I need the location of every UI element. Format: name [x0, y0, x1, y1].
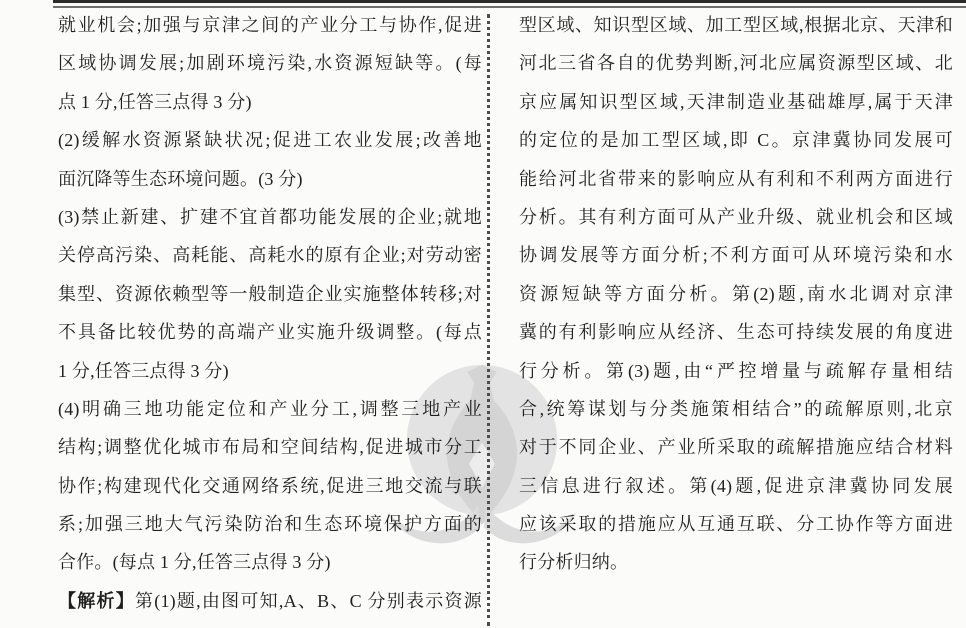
text-line: 系;加强三地大气污染防治和生态环境保护方面的 [58, 505, 482, 543]
text-line: 型区域、知识型区域、加工型区域,根据北京、天津和 [519, 6, 953, 44]
text-line: 关停高污染、高耗能、高耗水的原有企业;对劳动密 [58, 236, 482, 274]
text-line: 就业机会;加强与京津之间的产业分工与协作,促进 [58, 6, 482, 44]
analysis-text: 第(1)题,由图可知,A、B、C 分别表示资源 [135, 591, 482, 611]
analysis-label: 【解析】 [58, 591, 135, 611]
text-line: 1 分,任答三点得 3 分) [58, 352, 482, 390]
left-column: 就业机会;加强与京津之间的产业分工与协作,促进 区域协调发展;加剧环境污染,水资… [58, 6, 482, 620]
page-top-rule-thick [53, 0, 966, 3]
text-line: 不具备比较优势的高端产业实施升级调整。(每点 [58, 313, 482, 351]
text-line: 京应属知识型区域,天津制造业基础雄厚,属于天津 [519, 83, 953, 121]
text-line: 协作;构建现代化交通网络系统,促进三地交流与联 [58, 467, 482, 505]
text-line: 协调发展等方面分析;不利方面可从环境污染和水 [519, 236, 953, 274]
text-line: 结构;调整优化城市布局和空间结构,促进城市分工 [58, 428, 482, 466]
text-line: 对于不同企业、产业所采取的疏解措施应结合材料 [519, 428, 953, 466]
text-line: 应该采取的措施应从互通互联、分工协作等方面进 [519, 505, 953, 543]
text-line: (4)明确三地功能定位和产业分工,调整三地产业 [58, 390, 482, 428]
text-line: 的定位的是加工型区域,即 C。京津冀协同发展可 [519, 121, 953, 159]
text-line: 行分析归纳。 [519, 543, 953, 581]
text-line: 面沉降等生态环境问题。(3 分) [58, 160, 482, 198]
text-line: 合,统筹谋划与分类施策相结合”的疏解原则,北京 [519, 390, 953, 428]
text-line: (2)缓解水资源紧缺状况;促进工农业发展;改善地 [58, 121, 482, 159]
text-line: 集型、资源依赖型等一般制造企业实施整体转移;对 [58, 275, 482, 313]
text-line: 点 1 分,任答三点得 3 分) [58, 83, 482, 121]
column-divider [487, 14, 490, 626]
text-line: 河北三省各自的优势判断,河北应属资源型区域、北 [519, 44, 953, 82]
text-line: 能给河北省带来的影响应从有利和不利两方面进行 [519, 160, 953, 198]
text-line: 资源短缺等方面分析。第(2)题,南水北调对京津 [519, 275, 953, 313]
right-column: 型区域、知识型区域、加工型区域,根据北京、天津和 河北三省各自的优势判断,河北应… [519, 6, 953, 582]
text-line: 冀的有利影响应从经济、生态可持续发展的角度进 [519, 313, 953, 351]
text-line: 三信息进行叙述。第(4)题,促进京津冀协同发展 [519, 467, 953, 505]
analysis-line: 【解析】第(1)题,由图可知,A、B、C 分别表示资源 [58, 582, 482, 620]
text-line: 分析。其有利方面可从产业升级、就业机会和区域 [519, 198, 953, 236]
text-line: (3)禁止新建、扩建不宜首都功能发展的企业;就地 [58, 198, 482, 236]
text-line: 行分析。第(3)题,由“严控增量与疏解存量相结 [519, 352, 953, 390]
text-line: 合作。(每点 1 分,任答三点得 3 分) [58, 543, 482, 581]
text-line: 区域协调发展;加剧环境污染,水资源短缺等。(每 [58, 44, 482, 82]
